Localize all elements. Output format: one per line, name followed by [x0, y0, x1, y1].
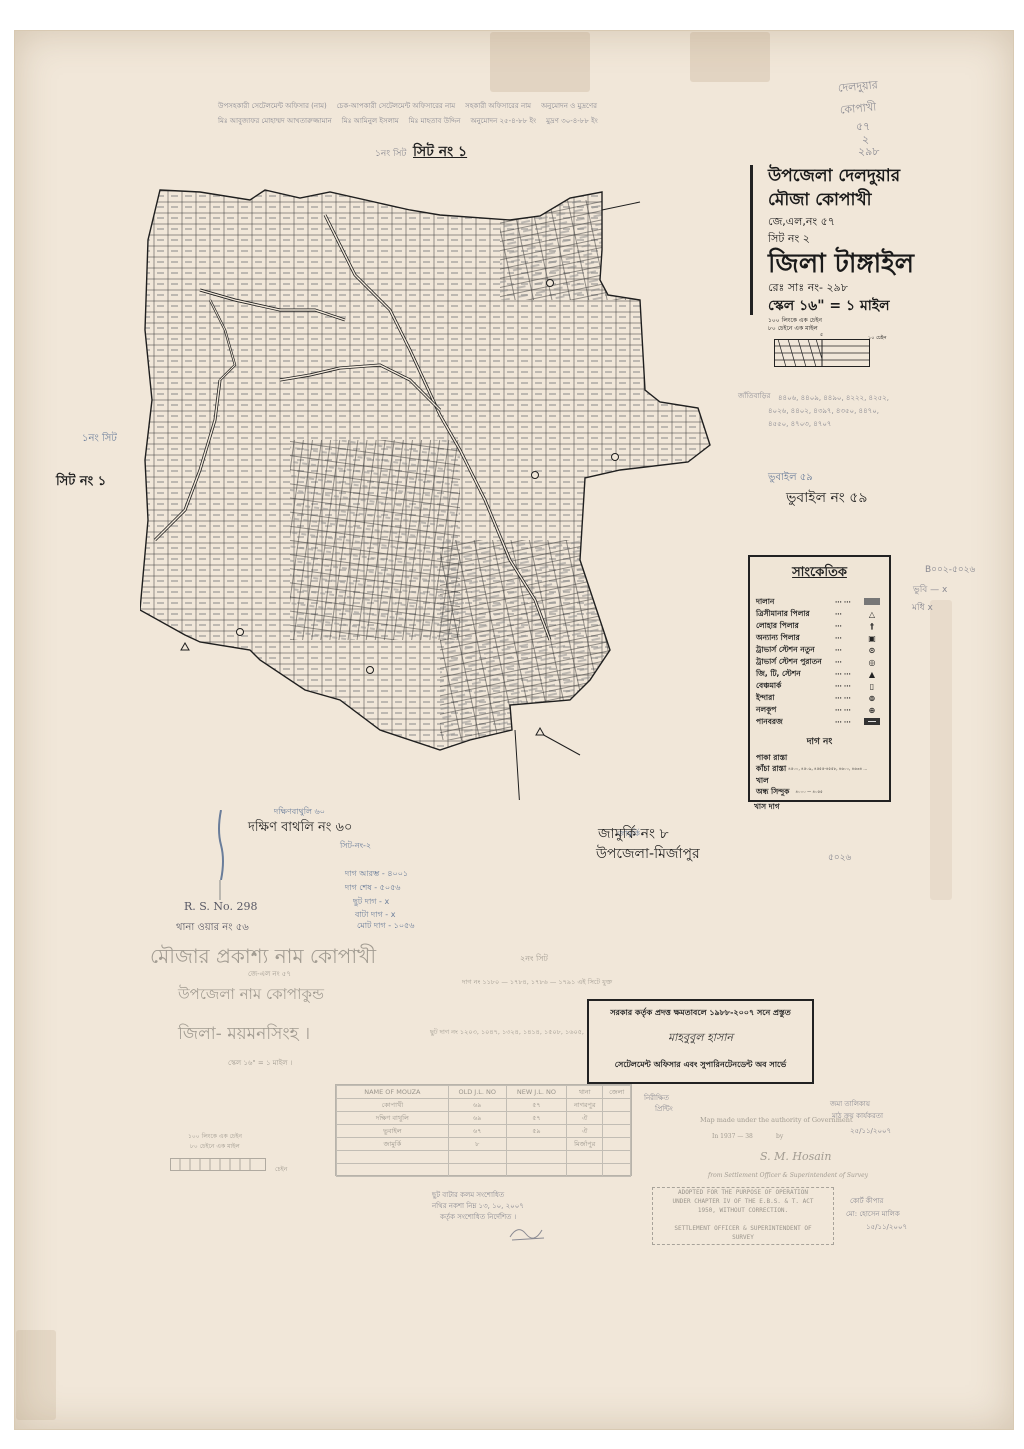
- stamp-line: SURVEY: [653, 1233, 833, 1242]
- table-header-row: NAME OF MOUZA OLD J.L. NO NEW J.L. NO থা…: [337, 1086, 631, 1099]
- legend-value: ৪৫০০, ৪৫০৯, ৪৫৫৫-৪৫৫৮, ৪৬০০, ৪৬৩৪ ...: [788, 766, 867, 773]
- table-cell: [603, 1125, 631, 1138]
- table-cell: ৮: [448, 1138, 506, 1151]
- header-cell: মুদ্রণ ৩০-৪-৮৮ ইং: [546, 115, 598, 127]
- old-cert-by: by: [776, 1133, 783, 1140]
- sheet2-plots: দাগ নং ১১৮০ — ১৭৮৪, ১৭৮৬ — ১৭৯১ এই সিটে …: [462, 977, 612, 988]
- cadastral-map: [140, 180, 740, 800]
- table-cell: ৫৭: [506, 1112, 566, 1125]
- legend-label: দালান: [756, 597, 835, 609]
- dagger-icon: †: [861, 622, 883, 631]
- old-cert-right-note: মাঠ ক্রয় কার্যকরতা: [832, 1110, 883, 1122]
- dark-rect-icon: [861, 718, 883, 727]
- west-adjacent-label: সিট নং ১: [56, 472, 106, 493]
- east-adjacent-pencil: ভুবাইল ৫৯: [768, 470, 813, 487]
- plot-range-note: মোট দাগ - ১০৫৬: [357, 920, 414, 933]
- margin-note: মধি x: [912, 600, 933, 615]
- table-row: [337, 1151, 631, 1164]
- margin-note: ভুবি — x: [913, 582, 947, 597]
- thana-number: থানা ওয়ার নং ৫৬: [176, 920, 249, 937]
- title-block: উপজেলা দেলদুয়ার মৌজা কোপাখী জে,এল,নং ৫৭…: [740, 155, 960, 375]
- benchmark-icon: ▯: [861, 682, 883, 691]
- decorative-border-icon: [216, 810, 226, 880]
- legend-item: ইন্দারা··· ···⊚: [756, 693, 883, 704]
- old-cert-signature: S. M. Hosain: [760, 1150, 831, 1163]
- pencil-plot-line: ৪৫৫০, ৪৭০৩, ৪৭০৭: [768, 418, 831, 430]
- legend-item: ট্রাভার্স স্টেশন পুরাতন···◎: [756, 657, 883, 668]
- legend-title: সাংকেতিক: [750, 563, 889, 584]
- plot-range-note: ছুট দাগ - x: [353, 896, 389, 909]
- cert-authority: সরকার কর্তৃক প্রদত্ত ক্ষমতাবলে ১৯৮৮-২০০৭…: [589, 1007, 812, 1020]
- table-cell: [603, 1112, 631, 1125]
- west-adjacent-pencil: ১নং সিট: [82, 431, 117, 448]
- title-bracket: [750, 165, 753, 315]
- legend-label: লোহার পিলার: [756, 621, 835, 633]
- cert-officer: সেটেলমেন্ট অফিসার এবং সুপারিনটেনডেন্ট অব…: [589, 1059, 812, 1072]
- stamp-line: SETTLEMENT OFFICER & SUPERINTENDENT OF: [653, 1224, 833, 1233]
- legend-label: ট্রাভার্স স্টেশন পুরাতন: [756, 657, 835, 669]
- pencil-jl: জে-এল নং ৫৭: [248, 968, 291, 980]
- sheet2-title: ২নং সিট: [520, 953, 548, 966]
- old-cert-line3: from Settlement Officer & Superintendent…: [708, 1172, 868, 1179]
- legend-item: ট্রাভার্স স্টেশন নতুন···⊙: [756, 645, 883, 656]
- table-cell: জামুর্কি: [337, 1138, 449, 1151]
- table-cell: দক্ষিণ বাথুলি: [337, 1112, 449, 1125]
- header-signature-table: উপসহকারী সেটেলমেন্ট অফিসার (নাম) চেক-আপক…: [218, 100, 698, 126]
- preparation-certificate: সরকার কর্তৃক প্রদত্ত ক্ষমতাবলে ১৯৮৮-২০০৭…: [587, 999, 814, 1084]
- legend-label: অন্ধ সিন্দুক: [756, 787, 789, 799]
- legend-item: পানবরজ··· ···: [756, 717, 883, 728]
- legend-subtitle: দাগ নং: [750, 734, 889, 749]
- old-scale-note: ৮০ চেইনে এক মাইল: [190, 1141, 240, 1152]
- table-header: NAME OF MOUZA: [337, 1086, 449, 1099]
- legend-value: ৪০০০ — ৪০৫৫: [795, 789, 822, 796]
- tape-stain: [690, 32, 770, 82]
- tubewell-icon: ⊕: [861, 706, 883, 715]
- header-cell: উপসহকারী সেটেলমেন্ট অফিসার (নাম): [218, 100, 327, 112]
- legend-label: ইন্দারা: [756, 693, 835, 705]
- old-cert-note: প্রিন্টিং: [655, 1103, 673, 1115]
- table-header: থানা: [567, 1086, 603, 1099]
- tape-stain: [16, 1330, 56, 1420]
- stamp-line: ADOPTED FOR THE PURPOSE OF OPERATION: [653, 1188, 833, 1197]
- old-cert-right-note: জমা তালিকায়: [830, 1098, 870, 1110]
- table-header: জেলা: [603, 1086, 631, 1099]
- legend-line: অন্ধ সিন্দুক৪০০০ — ৪০৫৫: [756, 787, 883, 798]
- old-cert-line2: In 1937 — 38: [712, 1133, 753, 1140]
- top-adjacent-label: সিট নং ১: [413, 140, 467, 164]
- well-icon: ⊚: [861, 694, 883, 703]
- tape-stain: [930, 600, 952, 900]
- header-cell: চেক-আপকারী সেটেলমেন্ট অফিসারের নাম: [337, 100, 455, 112]
- legend-line: পাকা রাস্তা: [756, 753, 883, 764]
- table-cell: ৬৯: [448, 1099, 506, 1112]
- corner-note: দেলদুয়ার: [837, 76, 878, 98]
- table-cell: ৫৯: [506, 1125, 566, 1138]
- legend-line: খাল: [756, 776, 883, 787]
- header-cell: মিঃ মাহতাব উদ্দিন: [409, 115, 461, 127]
- table-row: [337, 1164, 631, 1177]
- east-adjacent-label: ভুবাইল নং ৫৯: [786, 486, 867, 510]
- old-cert-line1: Map made under the authority of Governme…: [700, 1116, 853, 1124]
- triangle-filled-icon: ▲: [861, 670, 883, 679]
- southeast-upazila-label: উপজেলা-মির্জাপুর: [596, 842, 700, 866]
- corner-initials: মো: হোসেন মালিক: [846, 1208, 900, 1220]
- adopted-stamp: ADOPTED FOR THE PURPOSE OF OPERATION UND…: [652, 1187, 834, 1245]
- scale-end: ১০ চেইন: [868, 335, 886, 343]
- legend-label: বেঞ্চমার্ক: [756, 681, 835, 693]
- legend-line: কাঁচা রাস্তা৪৫০০, ৪৫০৯, ৪৫৫৫-৪৫৫৮, ৪৬০০,…: [756, 764, 883, 775]
- old-scale-unit: চেইন: [275, 1164, 287, 1175]
- district-name: জিলা- ময়মনসিংহ ।: [178, 1021, 310, 1049]
- header-cell: অনুমোদন ২৫-৪-৮৮ ইং: [470, 115, 536, 127]
- header-cell: অনুমোদন ও মুদ্রণের: [541, 100, 597, 112]
- mouza-reference-table: NAME OF MOUZA OLD J.L. NO NEW J.L. NO থা…: [335, 1084, 632, 1176]
- legend-label: জি, টি, স্টেশন: [756, 669, 835, 681]
- scale-bar-icon: [774, 339, 870, 367]
- legend-label: অন্যান্য পিলার: [756, 633, 835, 645]
- bottom-pencil-note: কর্তৃক সংশোধিত নির্দেশিত ।: [440, 1211, 516, 1223]
- upazila-name: উপজেলা নাম কোপাকুন্ড: [178, 983, 324, 1008]
- legend-item: বেঞ্চমার্ক··· ···▯: [756, 681, 883, 692]
- stamp-line: 1950, WITHOUT CORRECTION.: [653, 1206, 833, 1215]
- mouza-title: মৌজা কোপাখী: [768, 187, 871, 215]
- header-cell: সহকারী অফিসারের নাম: [465, 100, 531, 112]
- legend-label: নলকূপ: [756, 705, 835, 717]
- table-cell: নাগরপুর: [567, 1099, 603, 1112]
- table-cell: ৬৯: [448, 1112, 506, 1125]
- table-cell: [603, 1138, 631, 1151]
- table-row: কোপাখী৬৯৫৭নাগরপুর: [337, 1099, 631, 1112]
- circle-dot-small-icon: ◎: [861, 658, 883, 667]
- table-cell: ঐ: [567, 1125, 603, 1138]
- table-row: ভুবাইল৬৭৫৯ঐ: [337, 1125, 631, 1138]
- initials-signature: [508, 1222, 548, 1244]
- table-cell: মির্জাপুর: [567, 1138, 603, 1151]
- legend-label: পানবরজ: [756, 717, 835, 729]
- hatched-rect-icon: [861, 598, 883, 607]
- sheet-pencil-note: সিট-নং-২: [340, 840, 371, 853]
- header-cell: মিঃ আমিনুল ইসলাম: [342, 115, 399, 127]
- square-dot-icon: ▣: [861, 634, 883, 643]
- pencil-plot-label: জাঁতিবাড়ির: [738, 390, 770, 402]
- table-header: NEW J.L. NO: [506, 1086, 566, 1099]
- table-cell: ভুবাইল: [337, 1125, 449, 1138]
- legend-label: ত্রিসীমানার পিলার: [756, 609, 835, 621]
- pencil-plot-line: ৪০২৬, ৪৪০২, ৪৩৯৭, ৪৩৫০, ৪৪৭০,: [768, 405, 879, 417]
- legend-item: নলকূপ··· ···⊕: [756, 705, 883, 716]
- old-scale-bar-icon: [170, 1158, 270, 1174]
- header-cell: মিঃ আবুজাফর মোহাম্মদ আখতারুজ্জামান: [218, 115, 332, 127]
- table-cell: [506, 1138, 566, 1151]
- legend-item: লোহার পিলার···†: [756, 621, 883, 632]
- legend-item: জি, টি, স্টেশন··· ···▲: [756, 669, 883, 680]
- cert-signature: মাহবুবুল হাসান: [589, 1029, 812, 1048]
- tape-stain: [490, 32, 590, 92]
- legend-item: ত্রিসীমানার পিলার···△: [756, 609, 883, 620]
- corner-initials: কোর্ট কীপার: [850, 1195, 883, 1207]
- table-row: দক্ষিণ বাথুলি৬৯৫৭ঐ: [337, 1112, 631, 1125]
- legend-label: কাঁচা রাস্তা: [756, 764, 786, 776]
- table-cell: [603, 1099, 631, 1112]
- legend-box: সাংকেতিক দালান··· ··· ত্রিসীমানার পিলার·…: [748, 555, 891, 802]
- plot-range-note: দাগ শেষ - ৫০৫৬: [345, 882, 400, 895]
- top-adjacent-pencil: ১নং সিট: [375, 146, 406, 161]
- legend-item: অন্যান্য পিলার···▣: [756, 633, 883, 644]
- legend-label: ট্রাভার্স স্টেশন নতুন: [756, 645, 835, 657]
- rs-number-label: R. S. No. 298: [184, 900, 257, 913]
- table-cell: ৬৭: [448, 1125, 506, 1138]
- plot-range-note: দাগ আরম্ভ - ৪০০১: [345, 868, 408, 881]
- table-header: OLD J.L. NO: [448, 1086, 506, 1099]
- circle-dot-icon: ⊙: [861, 646, 883, 655]
- scale-note: ৮০ চেইনে এক মাইল: [768, 323, 818, 334]
- legend-khas-label: খাস দাগ: [754, 802, 780, 814]
- legend-item: দালান··· ···: [756, 597, 883, 608]
- old-scale-label: স্কেল ১৬" = ১ মাইল ।: [228, 1057, 292, 1069]
- table-cell: ৫৭: [506, 1099, 566, 1112]
- table-cell: কোপাখী: [337, 1099, 449, 1112]
- south-adjacent-label: দক্ষিণ বাথলি নং ৬০: [248, 818, 352, 839]
- margin-note: B০০২-৫০২৬: [925, 562, 975, 577]
- table-cell: ঐ: [567, 1112, 603, 1125]
- triangle-icon: △: [861, 610, 883, 619]
- corner-initials: ১৫/১১/২০০৭: [866, 1221, 907, 1233]
- stamp-line: UNDER CHAPTER IV OF THE E.B.S. & T. ACT: [653, 1197, 833, 1206]
- old-cert-right-note: ২৫/১১/২০০৭: [850, 1125, 891, 1137]
- table-row: জামুর্কি৮মির্জাপুর: [337, 1138, 631, 1151]
- divider-line: [219, 880, 222, 900]
- pencil-plot-line: ৪৪০৬, ৪৪০৯, ৪৪৯০, ৪২২২, ৪২৫২,: [778, 392, 889, 404]
- mid-right-note: ৫০২৬: [828, 850, 851, 865]
